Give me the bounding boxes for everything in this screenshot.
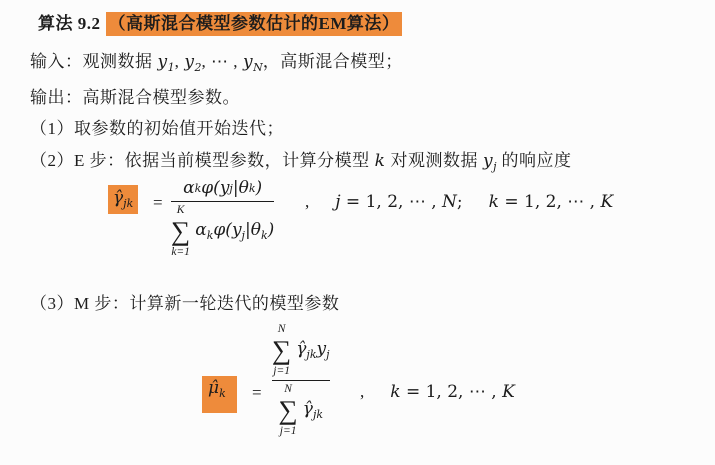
mstep-numerator: N ∑ j=1 γ̂jkyj <box>272 323 330 377</box>
mstep-formula: μ̂k = N ∑ j=1 γ̂jkyj <box>200 323 700 465</box>
sum-operator: K ∑ k=1 <box>171 204 190 258</box>
textbook-page: 算法 9.2（高斯混合模型参数估计的EM算法） 输入：观测数据y1,y2, ⋯ … <box>0 0 715 465</box>
math-k: k <box>375 151 386 171</box>
sigma-icon: ∑ <box>279 396 298 425</box>
estep-fraction: αkφ(yj|θk) K ∑ k=1 αkφ(yj|θk) <box>171 178 274 258</box>
equals-sign: = <box>252 383 262 403</box>
output-line: 输出：高斯混合模型参数。 <box>30 83 240 108</box>
responsibility-highlight: γ̂jk <box>108 185 138 214</box>
math-yj: yj <box>483 151 497 171</box>
step-3-line: （3）M 步：计算新一轮迭代的模型参数 <box>30 289 339 314</box>
step-1-line: （1）取参数的初始值开始迭代； <box>30 114 284 139</box>
fraction-bar <box>171 201 274 202</box>
sep: , <box>175 52 180 71</box>
sigma-icon: ∑ <box>171 217 190 246</box>
math-yN: yN <box>243 52 263 72</box>
mstep-fraction: N ∑ j=1 γ̂jkyj N ∑ j=1 <box>272 323 330 438</box>
estep-formula: γ̂jk = αkφ(yj|θk) K ∑ k=1 αkφ(yj|θk) <box>108 178 708 278</box>
math-y2: y2 <box>184 52 201 72</box>
sigma-icon: ∑ <box>272 336 291 365</box>
sep-dots: , ⋯ , <box>201 52 238 71</box>
equals-sign: = <box>153 193 163 213</box>
algorithm-number: 算法 9.2 <box>38 14 101 33</box>
step-2-line: （2）E 步：依据当前模型参数，计算分模型k对观测数据yj的响应度 <box>30 146 571 173</box>
fraction-bar <box>272 380 330 381</box>
input-line: 输入：观测数据y1,y2, ⋯ ,yN，高斯混合模型； <box>30 47 403 74</box>
sum-operator: N ∑ j=1 <box>279 383 298 437</box>
input-label: 输入：观测数据 <box>30 52 153 71</box>
estep-conditions: ,j = 1, 2, ⋯ , N;k = 1, 2, ⋯ , K <box>305 192 613 212</box>
condition-j: j = 1, 2, ⋯ , N; <box>335 192 462 212</box>
algorithm-title-highlight: （高斯混合模型参数估计的EM算法） <box>106 12 403 36</box>
input-suffix: ，高斯混合模型； <box>263 52 403 71</box>
condition-k: k = 1, 2, ⋯ , K <box>390 382 515 402</box>
mu-highlight: μ̂k <box>202 376 237 413</box>
mstep-denominator: N ∑ j=1 γ̂jk <box>279 383 324 437</box>
math-y1: y1 <box>158 52 175 72</box>
estep-numerator: αkφ(yj|θk) <box>183 178 262 198</box>
estep-denominator: K ∑ k=1 αkφ(yj|θk) <box>171 204 274 258</box>
sum-operator: N ∑ j=1 <box>272 323 291 377</box>
condition-k: k = 1, 2, ⋯ , K <box>489 192 614 212</box>
algorithm-title-line: 算法 9.2（高斯混合模型参数估计的EM算法） <box>38 9 402 34</box>
mstep-conditions: ,k = 1, 2, ⋯ , K <box>360 382 515 402</box>
